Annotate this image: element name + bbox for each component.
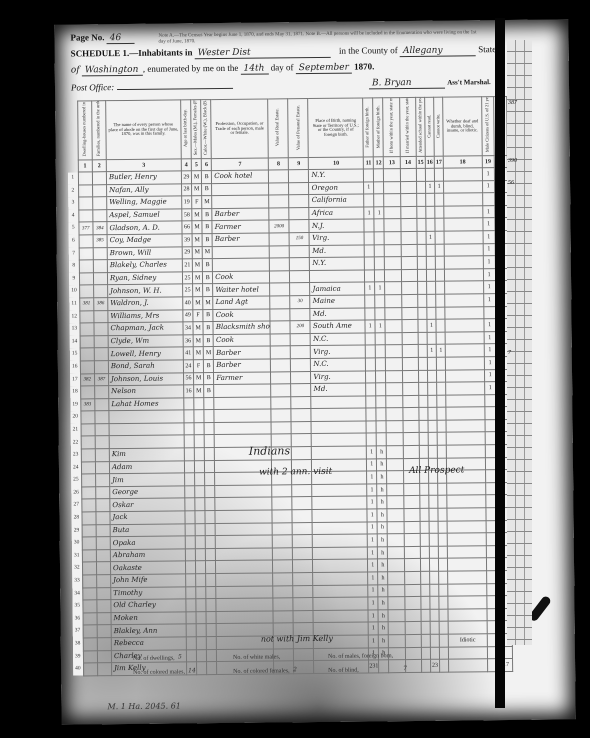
- personal-estate-value-cell: [289, 182, 309, 195]
- real-estate-value-cell: [268, 170, 288, 183]
- family-number-cell: 386: [94, 298, 108, 311]
- attended-school-cell: [418, 357, 427, 370]
- line-number-cell: 30: [72, 537, 82, 550]
- dwelling-number-cell: [83, 613, 97, 626]
- col-num: 1: [78, 160, 92, 172]
- sex-cell: [196, 561, 206, 574]
- family-number-cell: [92, 197, 106, 210]
- person-name-cell: Adam: [109, 461, 184, 474]
- mother-foreign-cell: h: [377, 471, 387, 484]
- col-num: 19: [482, 156, 494, 168]
- infirmity-cell: [444, 231, 483, 244]
- married-month-cell: [403, 420, 419, 433]
- infirmity-cell: [445, 281, 484, 294]
- person-name-cell: Coy, Madge: [107, 234, 182, 247]
- infirmity-cell: [448, 621, 487, 634]
- dwelling-number-cell: [81, 449, 95, 462]
- line-number-cell: 28: [71, 512, 81, 525]
- cannot-read-cell: [429, 571, 438, 584]
- place-of-birth-cell: Md.: [310, 245, 365, 258]
- father-foreign-cell: 1: [367, 534, 377, 547]
- family-number-cell: [96, 499, 110, 512]
- person-name-cell: Moken: [111, 612, 186, 625]
- occupation-cell: [215, 510, 272, 523]
- cannot-read-cell: [426, 244, 435, 257]
- color-cell: M: [203, 297, 213, 310]
- married-month-cell: [405, 634, 421, 647]
- age-cell: 29: [182, 246, 192, 259]
- line-number-cell: 32: [72, 562, 82, 575]
- occupation-cell: [214, 422, 271, 435]
- sex-cell: [195, 511, 205, 524]
- col-header-10: Place of Birth, naming State or Territor…: [309, 116, 363, 139]
- personal-estate-value-cell: [289, 195, 309, 208]
- color-cell: B: [204, 372, 214, 385]
- place-of-birth-cell: Maine: [310, 295, 365, 308]
- color-cell: B: [202, 234, 212, 247]
- personal-estate-value-cell: [291, 371, 311, 384]
- born-month-cell: [388, 584, 404, 597]
- mother-foreign-cell: [374, 194, 384, 207]
- married-month-cell: [402, 320, 418, 333]
- dwelling-number-cell: [80, 386, 94, 399]
- born-month-cell: [388, 597, 404, 610]
- sex-cell: M: [192, 183, 202, 196]
- born-month-cell: [384, 181, 400, 194]
- attended-school-cell: [421, 622, 430, 635]
- cannot-write-cell: [438, 546, 447, 559]
- born-month-cell: [385, 307, 401, 320]
- attended-school-cell: [420, 571, 429, 584]
- color-cell: [204, 397, 214, 410]
- person-name-cell: Johnson, Louis: [108, 372, 183, 385]
- infirmity-cell: [444, 218, 483, 231]
- cannot-read-cell: [430, 596, 439, 609]
- real-estate-value-cell: [271, 384, 291, 397]
- male-citizen-cell: [482, 193, 494, 206]
- age-cell: [186, 574, 196, 587]
- age-cell: 40: [183, 297, 193, 310]
- occupation-cell: [216, 548, 273, 561]
- personal-estate-value-cell: [290, 258, 310, 271]
- adjacent-page-note: 390: [508, 158, 517, 164]
- line-number-cell: 8: [69, 260, 79, 273]
- person-name-cell: Old Charley: [111, 599, 186, 612]
- post-office-value: [117, 88, 233, 90]
- born-month-cell: [386, 395, 402, 408]
- cannot-read-cell: [428, 445, 437, 458]
- sex-cell: [194, 397, 204, 410]
- line-number-cell: 37: [73, 625, 83, 638]
- sex-cell: [195, 486, 205, 499]
- marshal-signature: B. Bryan: [369, 78, 445, 90]
- infirmity-cell: [448, 583, 487, 596]
- footer-sum-label: No. of white males,: [233, 654, 280, 660]
- married-month-cell: [402, 370, 418, 383]
- age-cell: [186, 624, 196, 637]
- color-cell: B: [203, 284, 213, 297]
- attended-school-cell: [416, 181, 425, 194]
- person-name-cell: Clyde, Wm: [108, 335, 183, 348]
- age-cell: 34: [183, 322, 193, 335]
- mother-foreign-cell: [375, 257, 385, 270]
- county-label: in the County of: [339, 45, 398, 56]
- dwelling-number-cell: [82, 587, 96, 600]
- dwelling-number-cell: [81, 411, 95, 424]
- attended-school-cell: [419, 395, 428, 408]
- mother-foreign-cell: h: [377, 458, 387, 471]
- place-of-birth-cell: [313, 585, 368, 598]
- sex-cell: [195, 548, 205, 561]
- male-citizen-cell: 1: [482, 168, 494, 181]
- line-number-cell: 16: [70, 361, 80, 374]
- personal-estate-value-cell: [293, 610, 313, 623]
- sex-cell: M: [193, 284, 203, 297]
- col-header-16: Cannot read.: [427, 115, 432, 138]
- infirmity-cell: [447, 508, 486, 521]
- father-foreign-cell: [364, 244, 374, 257]
- cannot-read-cell: [429, 508, 438, 521]
- family-number-cell: [93, 272, 107, 285]
- male-citizen-cell: 1: [484, 319, 496, 332]
- cannot-write-cell: [435, 231, 444, 244]
- mother-foreign-cell: [375, 332, 385, 345]
- cannot-read-cell: [426, 219, 435, 232]
- personal-estate-value-cell: [289, 220, 309, 233]
- dwelling-number-cell: [78, 184, 92, 197]
- cannot-read-cell: [427, 357, 436, 370]
- infirmity-cell: [445, 268, 484, 281]
- infirmity-cell: [446, 420, 485, 433]
- col-num: 11: [363, 157, 373, 169]
- mother-foreign-cell: [374, 181, 384, 194]
- infirmity-cell: [444, 206, 483, 219]
- place-of-birth-cell: [313, 534, 368, 547]
- family-number-cell: [96, 512, 110, 525]
- attended-school-cell: [420, 521, 429, 534]
- indians-heading: Indians: [249, 444, 290, 457]
- born-month-cell: [387, 433, 403, 446]
- age-cell: 29: [181, 171, 191, 184]
- infirmity-cell: [444, 193, 483, 206]
- married-month-cell: [401, 231, 417, 244]
- real-estate-value-cell: [269, 245, 289, 258]
- col-header-15: Attended school within the year.: [418, 99, 423, 153]
- line-number-cell: 18: [70, 386, 80, 399]
- color-cell: [205, 536, 215, 549]
- married-month-cell: [404, 597, 420, 610]
- family-number-cell: [96, 575, 110, 588]
- cannot-read-cell: [426, 269, 435, 282]
- col-header-8: Value of Real Estate.: [276, 109, 281, 147]
- male-citizen-cell: 1: [483, 281, 495, 294]
- col-num: 10: [309, 157, 364, 170]
- post-office-label: Post Office:: [71, 82, 114, 92]
- col-header-2: Families, numbered in the order of visit…: [96, 102, 101, 156]
- sex-cell: [195, 498, 205, 511]
- day-value: 14th: [240, 63, 268, 74]
- color-cell: B: [202, 171, 212, 184]
- person-name-cell: Jack: [110, 511, 185, 524]
- father-foreign-cell: 1: [367, 509, 377, 522]
- age-cell: 66: [182, 221, 192, 234]
- attended-school-cell: [417, 206, 426, 219]
- cannot-read-cell: [426, 206, 435, 219]
- sex-cell: M: [194, 385, 204, 398]
- sex-cell: M: [192, 208, 202, 221]
- place-of-birth-cell: [313, 610, 368, 623]
- cannot-write-cell: [436, 319, 445, 332]
- sex-cell: [194, 410, 204, 423]
- cannot-write-cell: [439, 621, 448, 634]
- mother-foreign-cell: h: [377, 484, 387, 497]
- father-foreign-cell: 1: [367, 547, 377, 560]
- age-cell: 21: [182, 259, 192, 272]
- cannot-write-cell: [438, 508, 447, 521]
- born-month-cell: [384, 219, 400, 232]
- father-foreign-cell: 1: [368, 572, 378, 585]
- personal-estate-value-cell: [291, 396, 311, 409]
- person-name-cell: Nafan, Ally: [106, 183, 181, 196]
- color-cell: M: [202, 246, 212, 259]
- cannot-write-cell: [438, 483, 447, 496]
- col-num: 12: [374, 157, 384, 169]
- col-num: 18: [443, 156, 482, 168]
- place-of-birth-cell: [313, 597, 368, 610]
- father-foreign-cell: [366, 383, 376, 396]
- cannot-read-cell: [428, 408, 437, 421]
- cannot-write-cell: [435, 269, 444, 282]
- father-foreign-cell: 1: [367, 459, 377, 472]
- marshal-label: Ass't Marshal.: [447, 78, 491, 86]
- real-estate-value-cell: [271, 396, 291, 409]
- color-cell: B: [204, 385, 214, 398]
- col-header-13: If born within the year, state month.: [389, 99, 394, 153]
- attended-school-cell: [418, 382, 427, 395]
- mother-foreign-cell: h: [379, 635, 389, 648]
- born-month-cell: [386, 420, 402, 433]
- married-month-cell: [400, 181, 416, 194]
- family-number-cell: 387: [94, 373, 108, 386]
- family-number-cell: [97, 587, 111, 600]
- personal-estate-value-cell: [293, 547, 313, 560]
- personal-estate-value-cell: [290, 308, 310, 321]
- col-header-17: Cannot write.: [436, 114, 441, 139]
- person-name-cell: Lahat Homes: [109, 398, 184, 411]
- real-estate-value-cell: [270, 321, 290, 334]
- col-header-12: Mother of foreign birth.: [376, 105, 381, 148]
- adjacent-page-note: 387: [508, 100, 517, 106]
- attended-school-cell: [420, 534, 429, 547]
- age-cell: [184, 435, 194, 448]
- occupation-cell: Barber: [212, 208, 269, 221]
- person-name-cell: Nelson: [109, 385, 184, 398]
- schedule-label: SCHEDULE 1.—Inhabitants in: [71, 47, 193, 58]
- age-cell: 16: [184, 385, 194, 398]
- born-month-cell: [386, 383, 402, 396]
- family-number-cell: 385: [93, 235, 107, 248]
- mother-foreign-cell: h: [378, 547, 388, 560]
- occupation-cell: Barber: [214, 346, 271, 359]
- born-month-cell: [388, 609, 404, 622]
- sex-cell: M: [193, 334, 203, 347]
- dwelling-number-cell: [80, 361, 94, 374]
- line-number-cell: 31: [72, 550, 82, 563]
- cannot-write-cell: [438, 496, 447, 509]
- attended-school-cell: [417, 256, 426, 269]
- personal-estate-value-cell: [292, 522, 312, 535]
- age-cell: 25: [182, 272, 192, 285]
- family-number-cell: [95, 398, 109, 411]
- person-name-cell: Johnson, W. H.: [108, 284, 183, 297]
- infirmity-cell: [447, 546, 486, 559]
- place-of-birth-cell: Md.: [310, 308, 365, 321]
- occupation-cell: Cook: [213, 334, 270, 347]
- married-month-cell: [402, 383, 418, 396]
- cannot-write-cell: [437, 395, 446, 408]
- born-month-cell: [384, 169, 400, 182]
- mother-foreign-cell: [376, 383, 386, 396]
- age-cell: [184, 448, 194, 461]
- father-foreign-cell: [365, 333, 375, 346]
- sex-cell: [195, 523, 205, 536]
- person-name-cell: Gladson, A. D.: [107, 221, 182, 234]
- year: 1870.: [354, 61, 374, 71]
- family-number-cell: [93, 285, 107, 298]
- sex-cell: F: [193, 309, 203, 322]
- line-number-cell: 24: [71, 462, 81, 475]
- male-citizen-cell: 1: [483, 243, 495, 256]
- line-number-cell: 20: [70, 411, 80, 424]
- line-number-cell: 11: [69, 298, 79, 311]
- family-number-cell: [96, 524, 110, 537]
- family-number-cell: [97, 600, 111, 613]
- adjacent-page-note: 7: [508, 350, 511, 356]
- person-name-cell: Lowell, Henry: [108, 347, 183, 360]
- born-month-cell: [386, 370, 402, 383]
- family-number-cell: [95, 424, 109, 437]
- line-number-cell: 38: [73, 638, 83, 651]
- age-cell: 39: [182, 234, 192, 247]
- cannot-write-cell: [435, 256, 444, 269]
- infirmity-cell: [445, 306, 484, 319]
- real-estate-value-cell: [271, 409, 291, 422]
- col-num: 6: [201, 159, 211, 171]
- cannot-write-cell: [438, 533, 447, 546]
- col-header-1: Dwelling-houses numbered in the order of…: [82, 103, 87, 157]
- real-estate-value-cell: [273, 573, 293, 586]
- dwelling-number-cell: [79, 247, 93, 260]
- real-estate-value-cell: [269, 271, 289, 284]
- mother-foreign-cell: [376, 421, 386, 434]
- place-of-birth-cell: [311, 408, 366, 421]
- personal-estate-value-cell: [291, 409, 311, 422]
- born-month-cell: [388, 534, 404, 547]
- color-cell: B: [203, 309, 213, 322]
- married-month-cell: [401, 282, 417, 295]
- line-number-cell: 21: [71, 424, 81, 437]
- line-number-cell: 34: [72, 588, 82, 601]
- real-estate-value-cell: [270, 308, 290, 321]
- color-cell: [206, 586, 216, 599]
- mother-foreign-cell: [374, 232, 384, 245]
- born-month-cell: [385, 269, 401, 282]
- male-citizen-cell: 1: [482, 180, 494, 193]
- line-number-cell: 17: [70, 373, 80, 386]
- father-foreign-cell: 1: [368, 584, 378, 597]
- real-estate-value-cell: [268, 182, 288, 195]
- footer-sum-label: No. of blind,: [328, 668, 359, 674]
- father-foreign-cell: 1: [368, 559, 378, 572]
- born-month-cell: [387, 521, 403, 534]
- family-number-cell: [95, 411, 109, 424]
- mother-foreign-cell: h: [378, 597, 388, 610]
- father-foreign-cell: 1: [366, 446, 376, 459]
- father-foreign-cell: [366, 370, 376, 383]
- age-cell: [184, 410, 194, 423]
- color-cell: M: [203, 347, 213, 360]
- person-name-cell: Jim: [110, 473, 185, 486]
- cannot-write-cell: 1: [436, 344, 445, 357]
- age-cell: 25: [182, 284, 192, 297]
- mother-foreign-cell: h: [377, 509, 387, 522]
- dwelling-number-cell: [82, 550, 96, 563]
- attended-school-cell: [421, 584, 430, 597]
- place-of-birth-cell: Virg.: [310, 232, 365, 245]
- real-estate-value-cell: [270, 371, 290, 384]
- page-footer: No. of dwellings, 5 No. of white males, …: [73, 650, 513, 695]
- place-of-birth-cell: Virg.: [311, 345, 366, 358]
- dwelling-number-cell: [82, 537, 96, 550]
- place-of-birth-cell: N.C.: [311, 358, 366, 371]
- dwelling-number-cell: [81, 461, 95, 474]
- infirmity-cell: [443, 168, 482, 181]
- father-foreign-cell: 1: [367, 471, 377, 484]
- line-number-cell: 12: [69, 310, 79, 323]
- attended-school-cell: [418, 319, 427, 332]
- infirmity-cell: [446, 394, 485, 407]
- personal-estate-value-cell: [292, 510, 312, 523]
- personal-estate-value-cell: [291, 434, 311, 447]
- married-month-cell: [402, 395, 418, 408]
- father-foreign-cell: [364, 219, 374, 232]
- sex-cell: F: [193, 360, 203, 373]
- person-name-cell: Welling, Maggie: [107, 196, 182, 209]
- occupation-cell: Cook: [213, 271, 270, 284]
- col-header-7: Profession, Occupation, or Trade of each…: [212, 120, 268, 138]
- place-of-birth-cell: [311, 396, 366, 409]
- cannot-write-cell: [436, 294, 445, 307]
- infirmity-cell: [445, 357, 484, 370]
- line-number-cell: 29: [72, 525, 82, 538]
- line-number-cell: 13: [69, 323, 79, 336]
- footer-reference: M. 1 Ha. 2045. 61: [107, 701, 180, 711]
- personal-estate-value-cell: 200: [290, 321, 310, 334]
- sex-cell: [194, 460, 204, 473]
- line-number-cell: 15: [70, 348, 80, 361]
- mother-foreign-cell: h: [378, 572, 388, 585]
- person-name-cell: [109, 423, 184, 436]
- infirmity-cell: [447, 483, 486, 496]
- age-cell: [186, 586, 196, 599]
- place-of-birth-cell: [312, 433, 367, 446]
- cannot-read-cell: [428, 420, 437, 433]
- sex-cell: [194, 423, 204, 436]
- mother-foreign-cell: h: [378, 559, 388, 572]
- family-number-cell: [92, 172, 106, 185]
- person-name-cell: Ryan, Sidney: [107, 272, 182, 285]
- attended-school-cell: [417, 269, 426, 282]
